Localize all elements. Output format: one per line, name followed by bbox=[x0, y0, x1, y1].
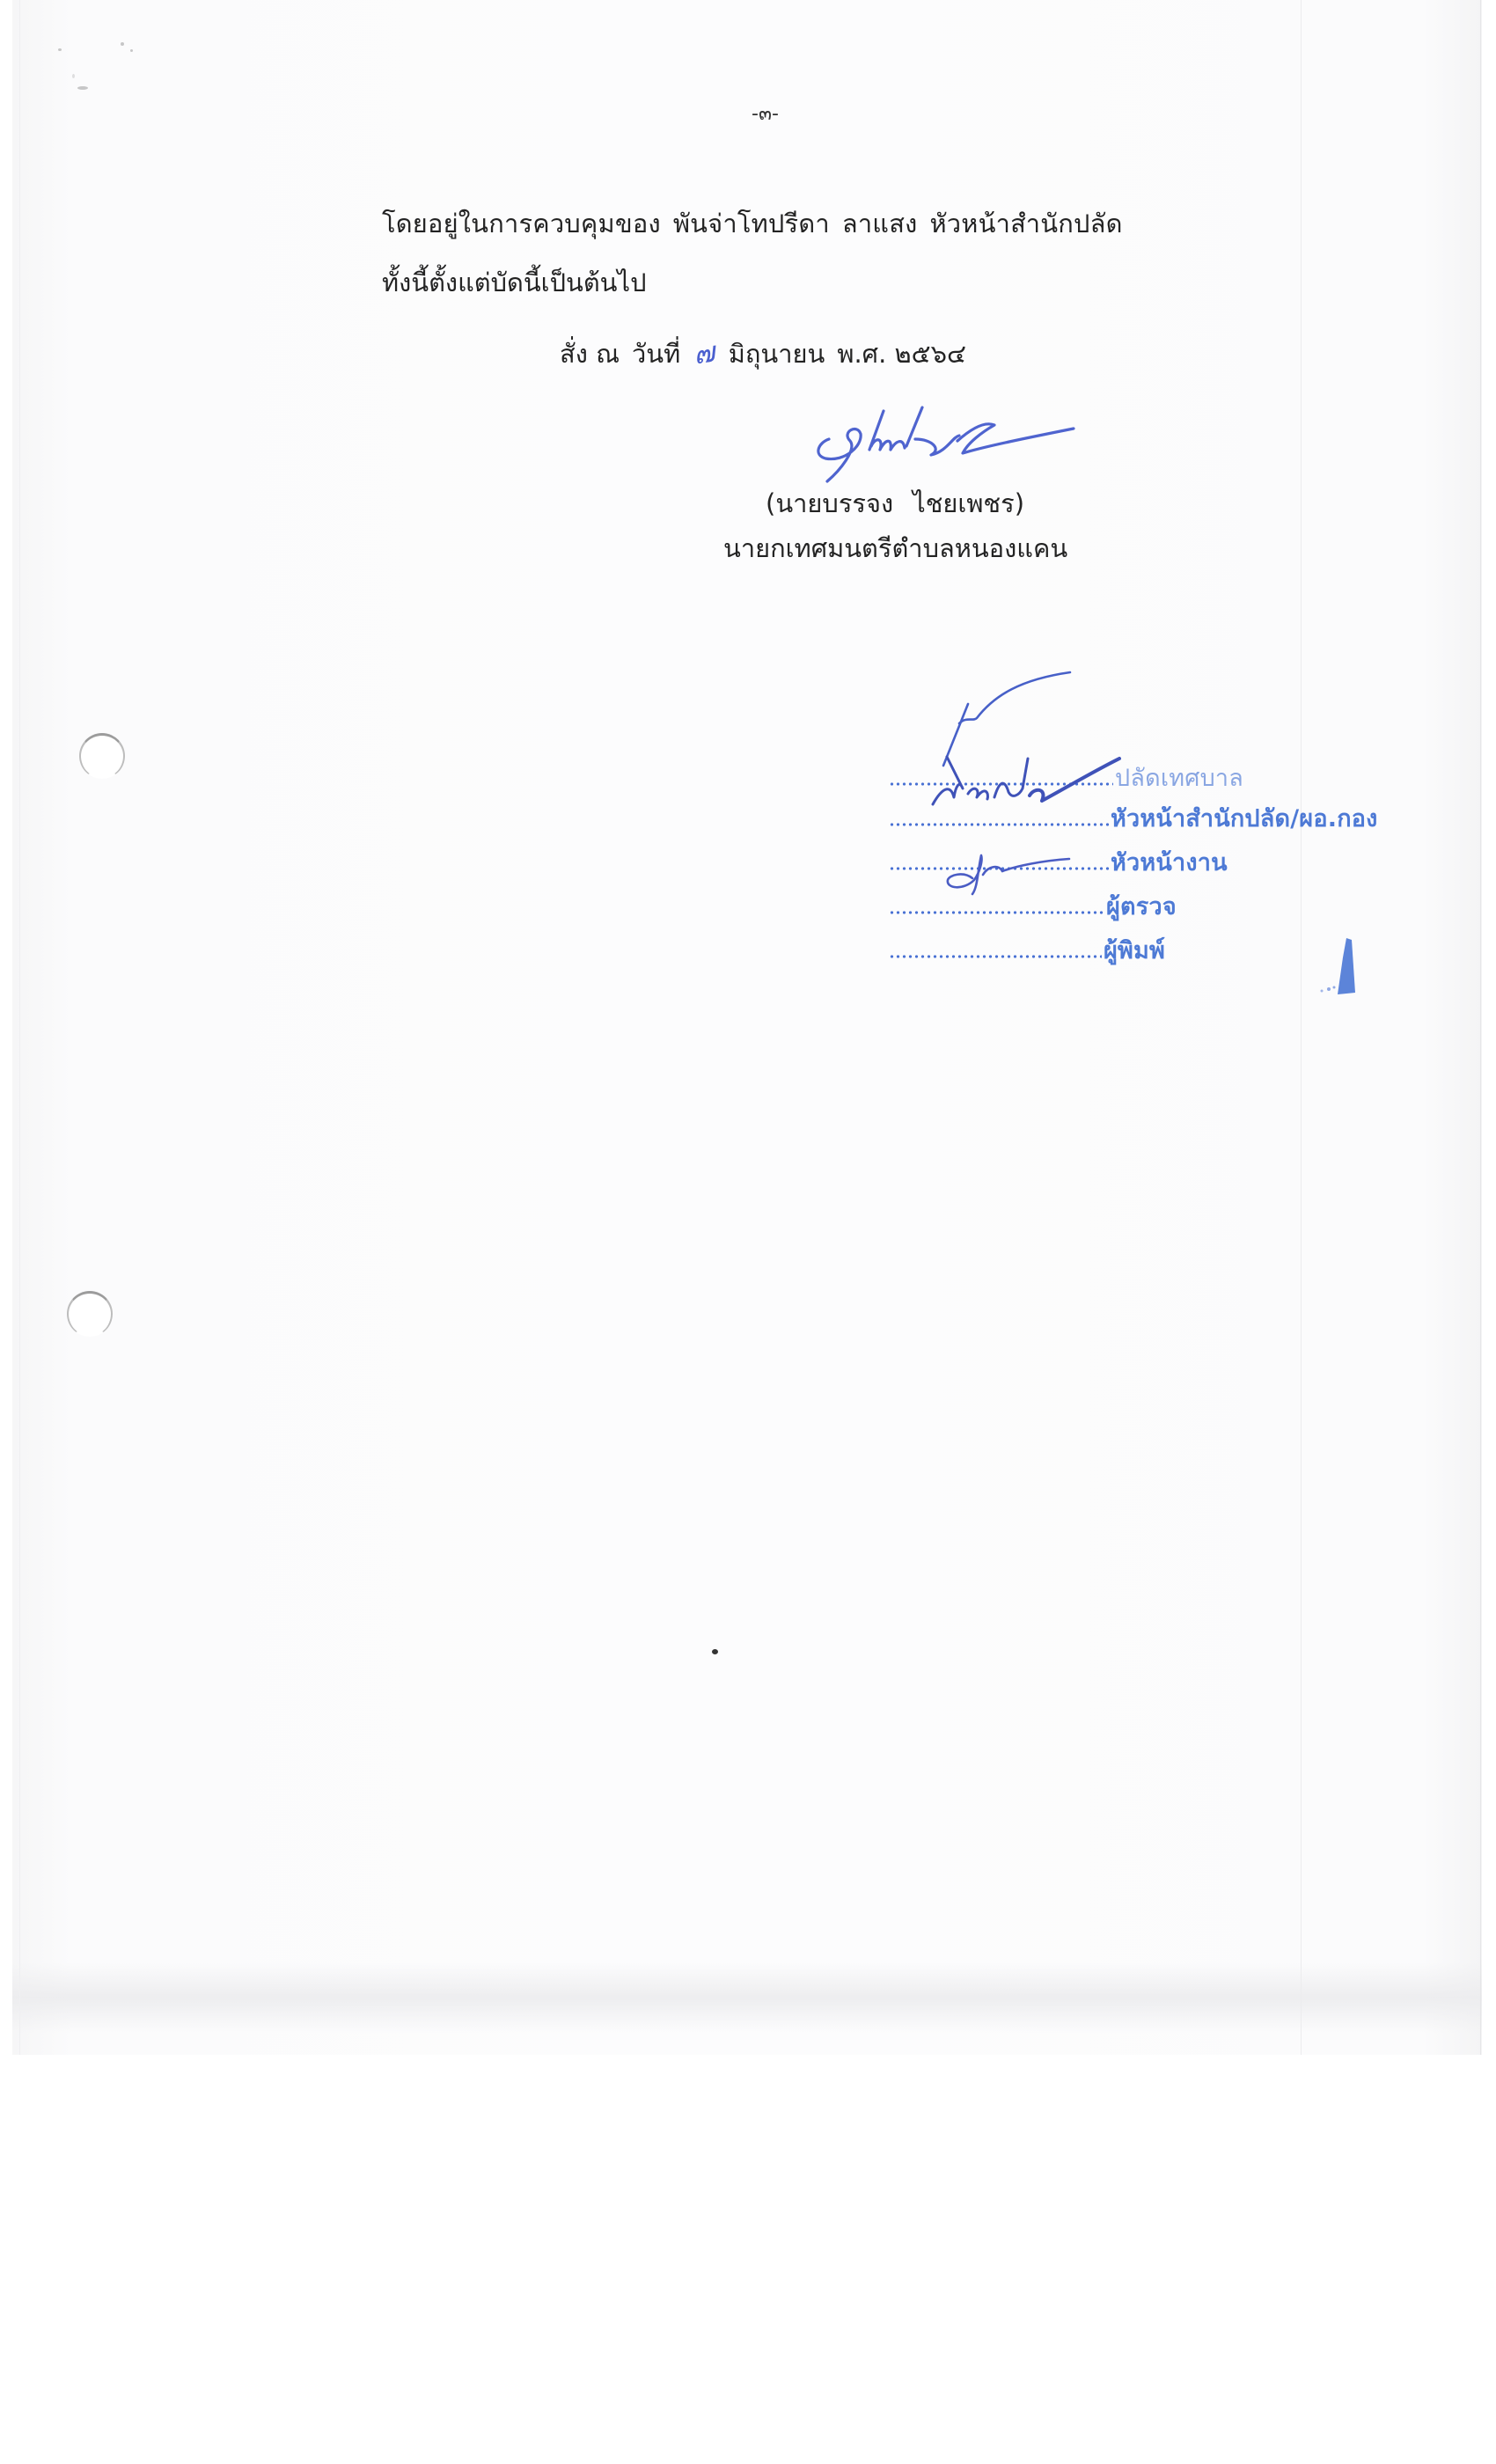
scan-shadow bbox=[12, 1962, 1482, 2033]
stray-dot bbox=[712, 1649, 718, 1654]
page-edge-right bbox=[1480, 0, 1481, 2055]
paragraph-line-1: โดยอยู่ในการควบคุมของพันจ่าโทปรีดาลาแสงห… bbox=[382, 208, 1123, 239]
page-number: -๓- bbox=[752, 99, 779, 130]
supervision-text: โดยอยู่ในการควบคุมของ bbox=[382, 209, 661, 238]
handwritten-day: ๗ bbox=[692, 336, 717, 370]
order-date-line: สั่ง ณวันที่ ๗ มิถุนายนพ.ศ. ๒๕๖๔ bbox=[560, 337, 966, 370]
office-head-signature bbox=[924, 753, 1126, 824]
stamp-label: หัวหน้าสำนักปลัด/ผอ.กอง bbox=[1111, 804, 1378, 834]
era-label: พ.ศ. bbox=[837, 339, 886, 369]
supervisor-surname: ลาแสง bbox=[842, 209, 918, 238]
supervisor-rank-name: พันจ่าโทปรีดา bbox=[673, 209, 830, 238]
order-prefix: สั่ง ณ bbox=[560, 339, 620, 369]
page-edge-left bbox=[19, 0, 20, 2055]
stamp-row-typist: ผู้พิมพ์ bbox=[889, 931, 1165, 966]
signer-last-name: ไชยเพชร) bbox=[913, 488, 1024, 518]
signer-name: (นายบรรจงไชยเพชร) bbox=[766, 488, 1024, 519]
punch-hole-bottom bbox=[67, 1291, 113, 1337]
ink-blot bbox=[1311, 931, 1364, 1001]
paragraph-line-2: ทั้งนี้ตั้งแต่บัดนี้เป็นต้นไป bbox=[382, 267, 646, 298]
stamp-label: ผู้พิมพ์ bbox=[1104, 936, 1165, 966]
punch-hole-top bbox=[79, 733, 125, 779]
scanned-page bbox=[12, 0, 1482, 2055]
day-label: วันที่ bbox=[632, 339, 680, 369]
mayor-signature bbox=[810, 400, 1091, 488]
signature-dotted-line bbox=[889, 911, 1104, 914]
month: มิถุนายน bbox=[729, 339, 825, 369]
year: ๒๕๖๔ bbox=[895, 339, 966, 369]
signature-dotted-line bbox=[889, 955, 1102, 958]
signer-first-name: (นายบรรจง bbox=[766, 488, 893, 518]
stamp-label: ผู้ตรวจ bbox=[1106, 892, 1177, 922]
scan-fold-line bbox=[1301, 0, 1302, 2055]
supervisor-position: หัวหน้าสำนักปลัด bbox=[929, 209, 1122, 238]
stamp-label: ปลัดเทศบาล bbox=[1115, 764, 1243, 794]
section-head-signature bbox=[937, 845, 1078, 898]
stamp-label: หัวหน้างาน bbox=[1111, 848, 1228, 878]
signer-title: นายกเทศมนตรีตำบลหนองแคน bbox=[723, 532, 1067, 564]
